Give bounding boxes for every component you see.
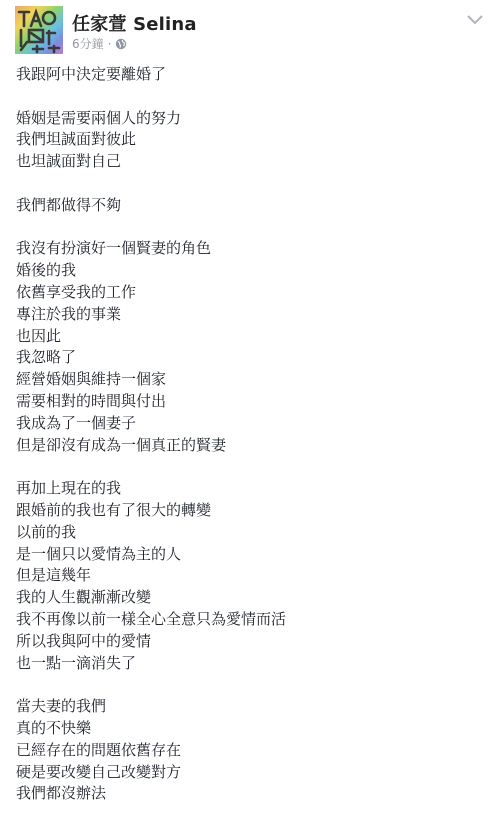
post-text-line: 我們坦誠面對彼此 — [16, 129, 286, 151]
post-text-line: 我們都沒辦法 — [16, 783, 286, 805]
post-text-line: 依舊享受我的工作 — [16, 282, 286, 304]
post-text-line: 所以我與阿中的愛情 — [16, 631, 286, 653]
post-text-line: 我沒有扮演好一個賢妻的角色 — [16, 238, 286, 260]
post-header: 任家萱 Selina 6分鐘 · — [0, 0, 500, 58]
avatar[interactable] — [15, 6, 63, 54]
author-name[interactable]: 任家萱 Selina — [72, 10, 197, 36]
post-text-line: 真的不快樂 — [16, 718, 286, 740]
post-text-line: 但是卻沒有成為一個真正的賢妻 — [16, 435, 286, 457]
post-meta: 6分鐘 · — [72, 35, 127, 52]
post-text-line: 當夫妻的我們 — [16, 696, 286, 718]
post-text-line: 也一點一滴消失了 — [16, 653, 286, 675]
post-text-line: 但是這幾年 — [16, 565, 286, 587]
post-text-line: 我跟阿中決定要離婚了 — [16, 64, 286, 86]
post-text-line: 我們都做得不夠 — [16, 195, 286, 217]
avatar-logo-icon — [15, 6, 63, 54]
chevron-down-icon[interactable] — [466, 14, 484, 26]
post-text-line: 硬是要改變自己改變對方 — [16, 762, 286, 784]
post-text-line: 經營婚姻與維持一個家 — [16, 369, 286, 391]
post-text-line: 是一個只以愛情為主的人 — [16, 544, 286, 566]
paragraph-gap — [16, 86, 286, 108]
post-text-line: 需要相對的時間與付出 — [16, 391, 286, 413]
paragraph-gap — [16, 173, 286, 195]
paragraph-gap — [16, 456, 286, 478]
post-text-line: 我不再像以前一樣全心全意只為愛情而活 — [16, 609, 286, 631]
post-text-line: 專注於我的事業 — [16, 304, 286, 326]
post-body: 我跟阿中決定要離婚了婚姻是需要兩個人的努力我們坦誠面對彼此也坦誠面對自己我們都做… — [16, 64, 286, 805]
post-timestamp[interactable]: 6分鐘 — [72, 35, 104, 52]
post-text-line: 已經存在的問題依舊存在 — [16, 740, 286, 762]
post-text-line: 婚後的我 — [16, 260, 286, 282]
post-text-line: 以前的我 — [16, 522, 286, 544]
post-text-line: 跟婚前的我也有了很大的轉變 — [16, 500, 286, 522]
post-text-line: 婚姻是需要兩個人的努力 — [16, 108, 286, 130]
globe-icon[interactable] — [115, 38, 127, 50]
post-text-line: 也坦誠面對自己 — [16, 151, 286, 173]
meta-separator: · — [108, 37, 112, 51]
post-text-line: 也因此 — [16, 326, 286, 348]
post-text-line: 我的人生觀漸漸改變 — [16, 587, 286, 609]
paragraph-gap — [16, 217, 286, 239]
post-text-line: 我忽略了 — [16, 347, 286, 369]
post-text-line: 我成為了一個妻子 — [16, 413, 286, 435]
paragraph-gap — [16, 674, 286, 696]
post-text-line: 再加上現在的我 — [16, 478, 286, 500]
